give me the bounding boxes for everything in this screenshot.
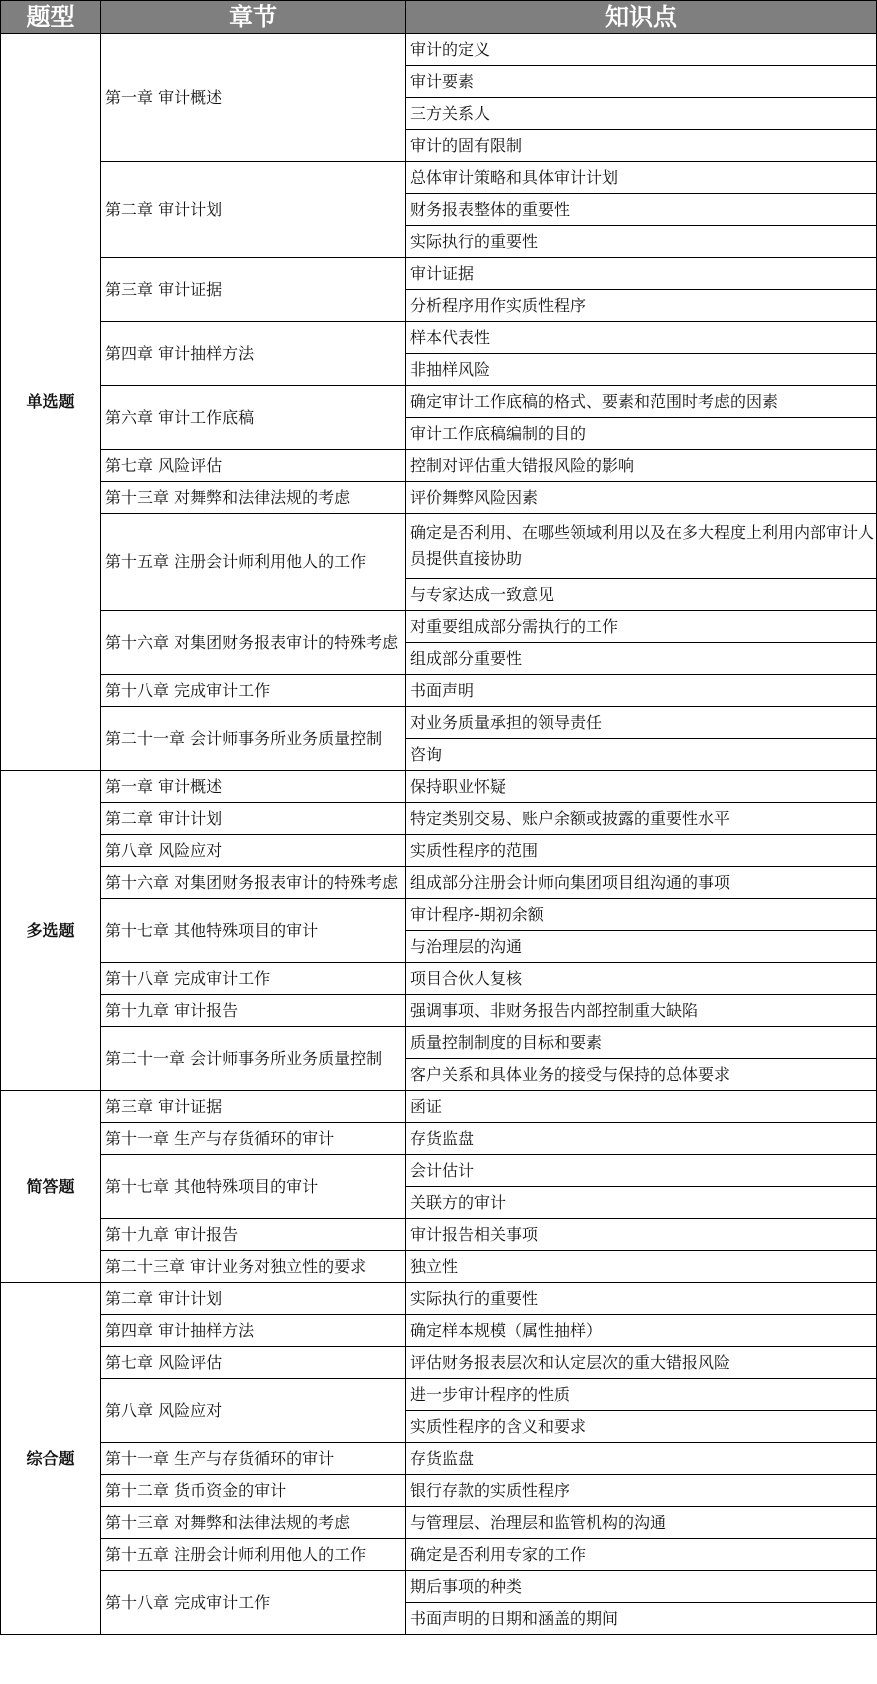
chapter-cell: 第四章 审计抽样方法 <box>101 1315 406 1347</box>
table-row: 第十六章 对集团财务报表审计的特殊考虑对重要组成部分需执行的工作 <box>1 611 877 643</box>
table-row: 第十一章 生产与存货循环的审计存货监盘 <box>1 1123 877 1155</box>
knowledge-point-cell: 确定审计工作底稿的格式、要素和范围时考虑的因素 <box>406 386 877 418</box>
knowledge-point-cell: 审计工作底稿编制的目的 <box>406 418 877 450</box>
table-row: 第二十一章 会计师事务所业务质量控制质量控制制度的目标和要素 <box>1 1027 877 1059</box>
question-type-cell: 综合题 <box>1 1283 101 1635</box>
knowledge-point-cell: 函证 <box>406 1091 877 1123</box>
knowledge-point-cell: 特定类别交易、账户余额或披露的重要性水平 <box>406 803 877 835</box>
header-question-type: 题型 <box>1 1 101 34</box>
table-row: 第十六章 对集团财务报表审计的特殊考虑组成部分注册会计师向集团项目组沟通的事项 <box>1 867 877 899</box>
table-row: 第十一章 生产与存货循环的审计存货监盘 <box>1 1443 877 1475</box>
knowledge-point-cell: 实际执行的重要性 <box>406 226 877 258</box>
table-row: 第十八章 完成审计工作书面声明 <box>1 675 877 707</box>
chapter-cell: 第一章 审计概述 <box>101 34 406 162</box>
knowledge-point-cell: 审计要素 <box>406 66 877 98</box>
chapter-cell: 第二章 审计计划 <box>101 803 406 835</box>
knowledge-point-cell: 保持职业怀疑 <box>406 771 877 803</box>
knowledge-point-cell: 财务报表整体的重要性 <box>406 194 877 226</box>
knowledge-point-cell: 存货监盘 <box>406 1123 877 1155</box>
knowledge-point-cell: 实质性程序的范围 <box>406 835 877 867</box>
knowledge-point-cell: 与管理层、治理层和监管机构的沟通 <box>406 1507 877 1539</box>
table-row: 第二十一章 会计师事务所业务质量控制对业务质量承担的领导责任 <box>1 707 877 739</box>
knowledge-point-cell: 存货监盘 <box>406 1443 877 1475</box>
table-row: 第十七章 其他特殊项目的审计审计程序-期初余额 <box>1 899 877 931</box>
table-row: 单选题第一章 审计概述审计的定义 <box>1 34 877 66</box>
chapter-cell: 第十七章 其他特殊项目的审计 <box>101 899 406 963</box>
table-row: 第四章 审计抽样方法确定样本规模（属性抽样） <box>1 1315 877 1347</box>
table-body: 单选题第一章 审计概述审计的定义审计要素三方关系人审计的固有限制第二章 审计计划… <box>1 34 877 1635</box>
knowledge-point-cell: 书面声明的日期和涵盖的期间 <box>406 1603 877 1635</box>
chapter-cell: 第三章 审计证据 <box>101 258 406 322</box>
knowledge-point-cell: 样本代表性 <box>406 322 877 354</box>
knowledge-point-cell: 质量控制制度的目标和要素 <box>406 1027 877 1059</box>
question-type-cell: 单选题 <box>1 34 101 771</box>
chapter-cell: 第十三章 对舞弊和法律法规的考虑 <box>101 1507 406 1539</box>
chapter-cell: 第十八章 完成审计工作 <box>101 1571 406 1635</box>
table-row: 综合题第二章 审计计划实际执行的重要性 <box>1 1283 877 1315</box>
chapter-cell: 第四章 审计抽样方法 <box>101 322 406 386</box>
knowledge-point-cell: 实际执行的重要性 <box>406 1283 877 1315</box>
knowledge-point-cell: 分析程序用作实质性程序 <box>406 290 877 322</box>
table-row: 第十八章 完成审计工作期后事项的种类 <box>1 1571 877 1603</box>
table-row: 第十九章 审计报告审计报告相关事项 <box>1 1219 877 1251</box>
knowledge-point-cell: 确定是否利用、在哪些领域利用以及在多大程度上利用内部审计人员提供直接协助 <box>406 514 877 579</box>
table-row: 第三章 审计证据审计证据 <box>1 258 877 290</box>
knowledge-point-cell: 评价舞弊风险因素 <box>406 482 877 514</box>
table-row: 第十五章 注册会计师利用他人的工作确定是否利用专家的工作 <box>1 1539 877 1571</box>
chapter-cell: 第一章 审计概述 <box>101 771 406 803</box>
table-row: 第十八章 完成审计工作项目合伙人复核 <box>1 963 877 995</box>
chapter-cell: 第十七章 其他特殊项目的审计 <box>101 1155 406 1219</box>
knowledge-point-cell: 项目合伙人复核 <box>406 963 877 995</box>
chapter-cell: 第十六章 对集团财务报表审计的特殊考虑 <box>101 611 406 675</box>
header-knowledge-point: 知识点 <box>406 1 877 34</box>
table-row: 第四章 审计抽样方法样本代表性 <box>1 322 877 354</box>
table-row: 第二章 审计计划特定类别交易、账户余额或披露的重要性水平 <box>1 803 877 835</box>
chapter-cell: 第十一章 生产与存货循环的审计 <box>101 1123 406 1155</box>
chapter-cell: 第七章 风险评估 <box>101 1347 406 1379</box>
knowledge-point-cell: 审计证据 <box>406 258 877 290</box>
chapter-cell: 第十五章 注册会计师利用他人的工作 <box>101 514 406 611</box>
chapter-cell: 第三章 审计证据 <box>101 1091 406 1123</box>
chapter-cell: 第十五章 注册会计师利用他人的工作 <box>101 1539 406 1571</box>
chapter-cell: 第八章 风险应对 <box>101 835 406 867</box>
header-row: 题型 章节 知识点 <box>1 1 877 34</box>
knowledge-point-cell: 评估财务报表层次和认定层次的重大错报风险 <box>406 1347 877 1379</box>
knowledge-point-cell: 控制对评估重大错报风险的影响 <box>406 450 877 482</box>
knowledge-point-cell: 对重要组成部分需执行的工作 <box>406 611 877 643</box>
table-row: 第二十三章 审计业务对独立性的要求独立性 <box>1 1251 877 1283</box>
chapter-cell: 第二章 审计计划 <box>101 1283 406 1315</box>
table-row: 第七章 风险评估控制对评估重大错报风险的影响 <box>1 450 877 482</box>
knowledge-point-cell: 咨询 <box>406 739 877 771</box>
knowledge-point-cell: 非抽样风险 <box>406 354 877 386</box>
table-row: 第八章 风险应对进一步审计程序的性质 <box>1 1379 877 1411</box>
chapter-cell: 第十一章 生产与存货循环的审计 <box>101 1443 406 1475</box>
knowledge-point-cell: 银行存款的实质性程序 <box>406 1475 877 1507</box>
knowledge-point-cell: 实质性程序的含义和要求 <box>406 1411 877 1443</box>
knowledge-point-cell: 客户关系和具体业务的接受与保持的总体要求 <box>406 1059 877 1091</box>
chapter-cell: 第十八章 完成审计工作 <box>101 675 406 707</box>
table-row: 第十九章 审计报告强调事项、非财务报告内部控制重大缺陷 <box>1 995 877 1027</box>
chapter-cell: 第十九章 审计报告 <box>101 1219 406 1251</box>
table-row: 第七章 风险评估评估财务报表层次和认定层次的重大错报风险 <box>1 1347 877 1379</box>
exam-topics-table: 题型 章节 知识点 单选题第一章 审计概述审计的定义审计要素三方关系人审计的固有… <box>0 0 877 1635</box>
knowledge-point-cell: 期后事项的种类 <box>406 1571 877 1603</box>
knowledge-point-cell: 进一步审计程序的性质 <box>406 1379 877 1411</box>
table-row: 第六章 审计工作底稿确定审计工作底稿的格式、要素和范围时考虑的因素 <box>1 386 877 418</box>
table-row: 第十三章 对舞弊和法律法规的考虑评价舞弊风险因素 <box>1 482 877 514</box>
chapter-cell: 第六章 审计工作底稿 <box>101 386 406 450</box>
table-row: 第十二章 货币资金的审计银行存款的实质性程序 <box>1 1475 877 1507</box>
knowledge-point-cell: 关联方的审计 <box>406 1187 877 1219</box>
knowledge-point-cell: 对业务质量承担的领导责任 <box>406 707 877 739</box>
chapter-cell: 第十九章 审计报告 <box>101 995 406 1027</box>
table-row: 第十五章 注册会计师利用他人的工作确定是否利用、在哪些领域利用以及在多大程度上利… <box>1 514 877 579</box>
knowledge-point-cell: 审计的固有限制 <box>406 130 877 162</box>
knowledge-point-cell: 审计报告相关事项 <box>406 1219 877 1251</box>
knowledge-point-cell: 审计的定义 <box>406 34 877 66</box>
chapter-cell: 第二十一章 会计师事务所业务质量控制 <box>101 1027 406 1091</box>
table-row: 第八章 风险应对实质性程序的范围 <box>1 835 877 867</box>
knowledge-point-cell: 书面声明 <box>406 675 877 707</box>
knowledge-point-cell: 组成部分重要性 <box>406 643 877 675</box>
chapter-cell: 第十八章 完成审计工作 <box>101 963 406 995</box>
table-row: 第十三章 对舞弊和法律法规的考虑与管理层、治理层和监管机构的沟通 <box>1 1507 877 1539</box>
knowledge-point-cell: 与专家达成一致意见 <box>406 579 877 611</box>
table-row: 多选题第一章 审计概述保持职业怀疑 <box>1 771 877 803</box>
header-chapter: 章节 <box>101 1 406 34</box>
chapter-cell: 第二十一章 会计师事务所业务质量控制 <box>101 707 406 771</box>
table-row: 第十七章 其他特殊项目的审计会计估计 <box>1 1155 877 1187</box>
knowledge-point-cell: 三方关系人 <box>406 98 877 130</box>
question-type-cell: 简答题 <box>1 1091 101 1283</box>
knowledge-point-cell: 确定样本规模（属性抽样） <box>406 1315 877 1347</box>
chapter-cell: 第二章 审计计划 <box>101 162 406 258</box>
knowledge-point-cell: 强调事项、非财务报告内部控制重大缺陷 <box>406 995 877 1027</box>
chapter-cell: 第十三章 对舞弊和法律法规的考虑 <box>101 482 406 514</box>
chapter-cell: 第二十三章 审计业务对独立性的要求 <box>101 1251 406 1283</box>
table-row: 第二章 审计计划总体审计策略和具体审计计划 <box>1 162 877 194</box>
knowledge-point-cell: 审计程序-期初余额 <box>406 899 877 931</box>
table-row: 简答题第三章 审计证据函证 <box>1 1091 877 1123</box>
chapter-cell: 第七章 风险评估 <box>101 450 406 482</box>
knowledge-point-cell: 独立性 <box>406 1251 877 1283</box>
chapter-cell: 第十六章 对集团财务报表审计的特殊考虑 <box>101 867 406 899</box>
knowledge-point-cell: 组成部分注册会计师向集团项目组沟通的事项 <box>406 867 877 899</box>
knowledge-point-cell: 与治理层的沟通 <box>406 931 877 963</box>
knowledge-point-cell: 总体审计策略和具体审计计划 <box>406 162 877 194</box>
knowledge-point-cell: 会计估计 <box>406 1155 877 1187</box>
chapter-cell: 第八章 风险应对 <box>101 1379 406 1443</box>
knowledge-point-cell: 确定是否利用专家的工作 <box>406 1539 877 1571</box>
chapter-cell: 第十二章 货币资金的审计 <box>101 1475 406 1507</box>
question-type-cell: 多选题 <box>1 771 101 1091</box>
